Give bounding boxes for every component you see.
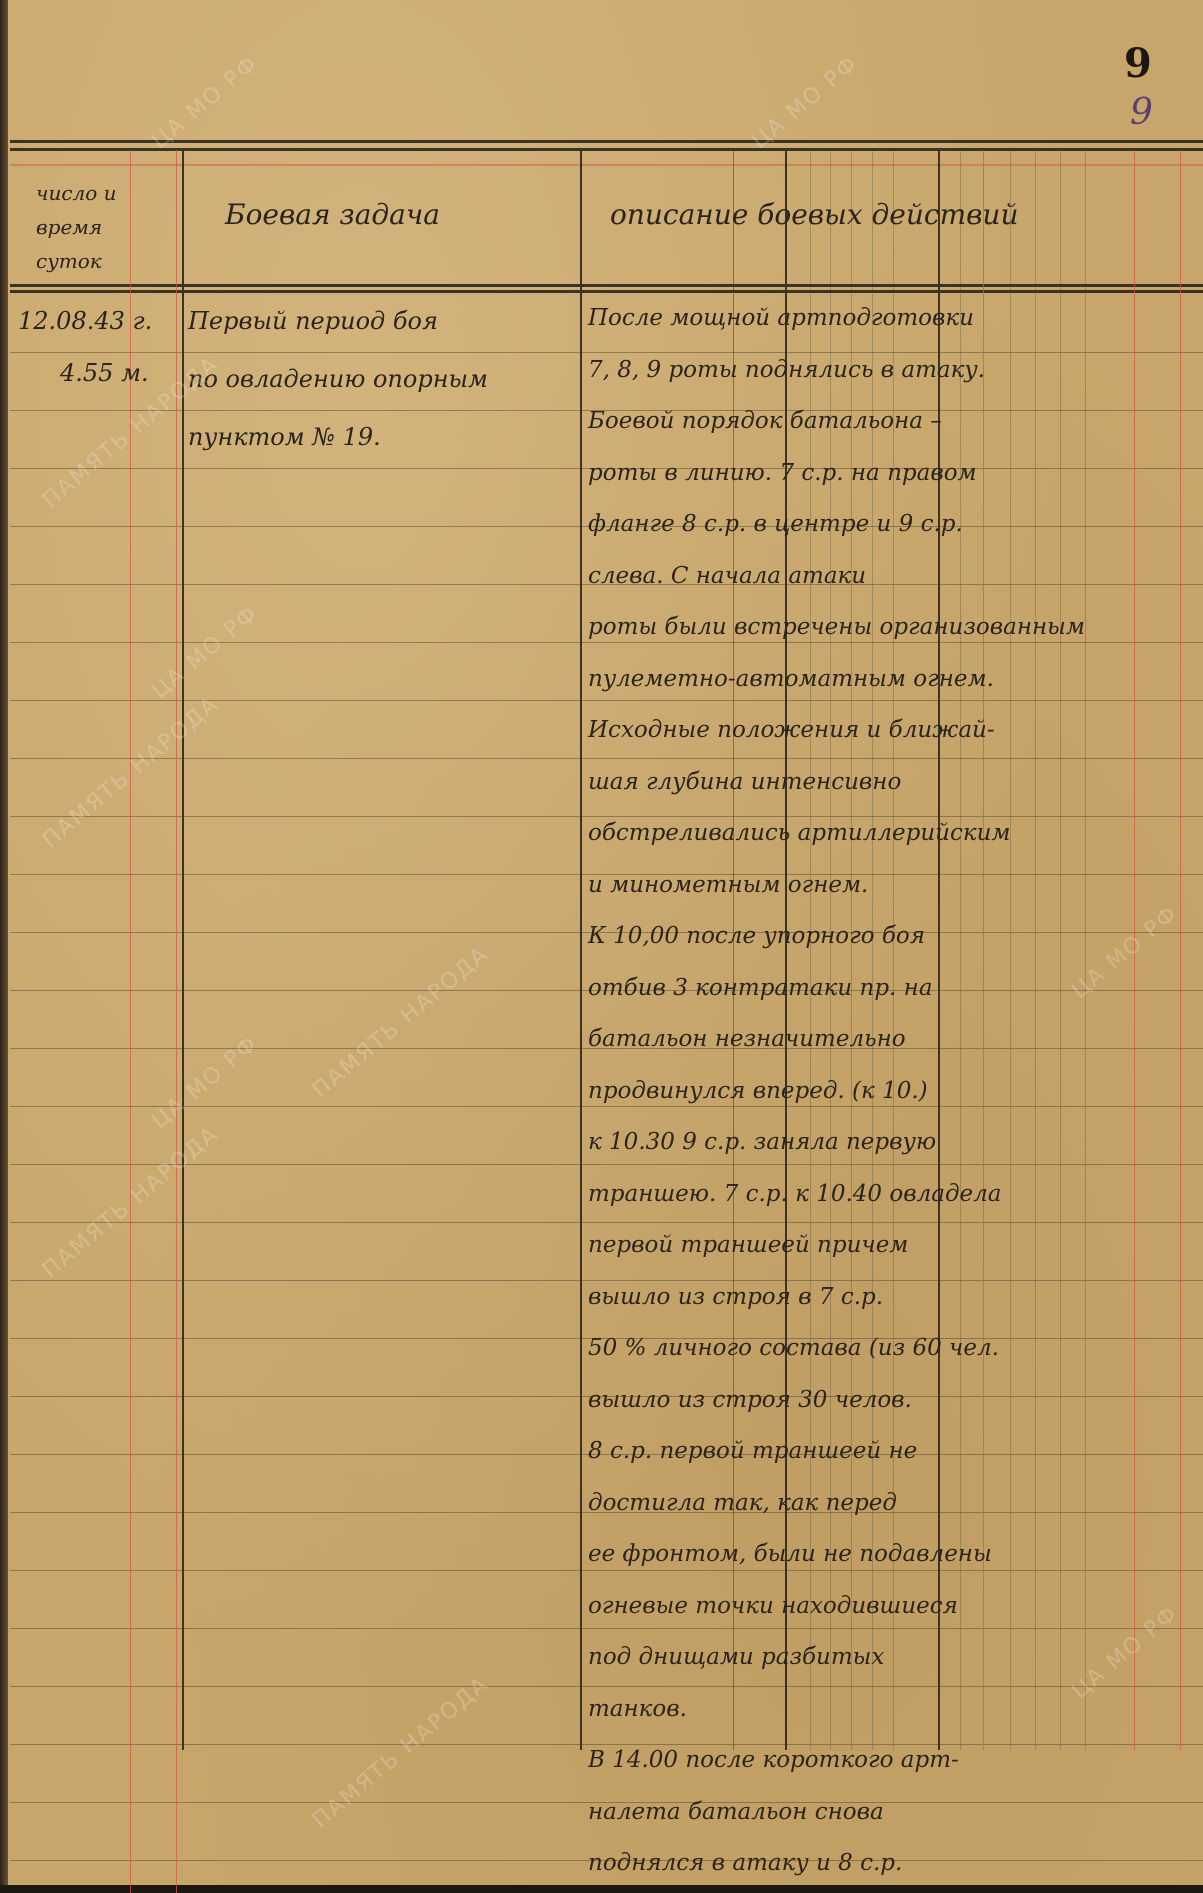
description-line: к 10.30 9 с.р. заняла первую <box>588 1116 936 1168</box>
description-line: 50 % личного состава (из 60 чел. <box>588 1322 999 1374</box>
description-line: первой траншеей причем <box>588 1219 908 1271</box>
binding-edge <box>0 0 8 1893</box>
description-line: танков. <box>588 1683 687 1735</box>
header-combat-description: описание боевых действий <box>610 198 1019 231</box>
description-line: роты в линию. 7 с.р. на правом <box>588 447 977 499</box>
description-line: фланге 8 с.р. в центре и 9 с.р. <box>588 498 963 550</box>
description-line: В 14.00 после короткого арт- <box>588 1734 959 1786</box>
task-line: пунктом № 19. <box>188 408 381 466</box>
description-line: роты были встречены организованным <box>588 601 1085 653</box>
margin-red-line <box>130 150 131 1893</box>
description-line: 8 с.р. первой траншеей не <box>588 1425 917 1477</box>
description-line: батальон незначительно <box>588 1013 906 1065</box>
archival-document-page: 9 9 число и время суток Боевая задача оп… <box>0 0 1203 1893</box>
description-line: вышло из строя 30 челов. <box>588 1374 912 1426</box>
column-divider-1 <box>182 150 184 1750</box>
top-rule <box>10 140 1203 143</box>
description-line: шая глубина интенсивно <box>588 756 901 808</box>
task-line: Первый период боя <box>188 292 438 350</box>
grid-line <box>1035 150 1036 1750</box>
grid-line <box>1010 150 1011 1750</box>
grid-red-line <box>1134 150 1135 1750</box>
description-line: огневые точки находившиеся <box>588 1580 958 1632</box>
description-line: ее фронтом, были не подавлены <box>588 1528 992 1580</box>
watermark: ЦА МО РФ <box>147 601 263 704</box>
column-divider-2 <box>580 150 582 1750</box>
watermark: ЦА МО РФ <box>747 51 863 154</box>
description-line: слева. С начала атаки <box>588 550 866 602</box>
header-line: время <box>36 210 117 244</box>
description-line: 7, 8, 9 роты поднялись в атаку. <box>588 344 985 396</box>
description-line: пулеметно-автоматным огнем. <box>588 653 994 705</box>
description-line: поднялся в атаку и 8 с.р. <box>588 1837 902 1889</box>
grid-red-line <box>1180 150 1181 1750</box>
description-line: вышло из строя в 7 с.р. <box>588 1271 883 1323</box>
watermark: ЦА МО РФ <box>147 1031 263 1134</box>
header-line: число и <box>36 176 117 210</box>
header-line: суток <box>36 244 117 278</box>
header-bottom-rule <box>10 284 1203 287</box>
top-rule-2 <box>10 148 1203 151</box>
entry-time: 4.55 м. <box>60 344 149 402</box>
description-line: достигла так, как перед <box>588 1477 897 1529</box>
grid-line <box>1085 150 1086 1750</box>
grid-line <box>1060 150 1061 1750</box>
description-line: под днищами разбитых <box>588 1631 884 1683</box>
watermark: ЦА МО РФ <box>147 51 263 154</box>
description-line: и минометным огнем. <box>588 859 868 911</box>
description-line: Исходные положения и ближай- <box>588 704 995 756</box>
description-line: отбив 3 контратаки пр. на <box>588 962 933 1014</box>
header-combat-task: Боевая задача <box>225 198 440 231</box>
column-red-line <box>176 150 177 1893</box>
watermark: ПАМЯТЬ НАРОДА <box>308 1672 494 1834</box>
handwritten-page-number: 9 <box>1130 92 1153 133</box>
description-line: налета батальон снова <box>588 1786 884 1838</box>
entry-date: 12.08.43 г. <box>18 292 152 350</box>
stamped-page-number: 9 <box>1124 40 1152 87</box>
description-line: обстреливались артиллерийским <box>588 807 1010 859</box>
description-line: К 10,00 после упорного боя <box>588 910 925 962</box>
task-line: по овладению опорным <box>188 350 488 408</box>
watermark: ПАМЯТЬ НАРОДА <box>308 942 494 1104</box>
description-line: продвинулся вперед. (к 10.) <box>588 1065 928 1117</box>
description-line: Боевой порядок батальона – <box>588 395 942 447</box>
header-date-time: число и время суток <box>36 176 117 278</box>
description-line: После мощной артподготовки <box>588 292 974 344</box>
red-rule <box>10 164 1203 166</box>
description-line: траншею. 7 с.р. к 10.40 овладела <box>588 1168 1001 1220</box>
